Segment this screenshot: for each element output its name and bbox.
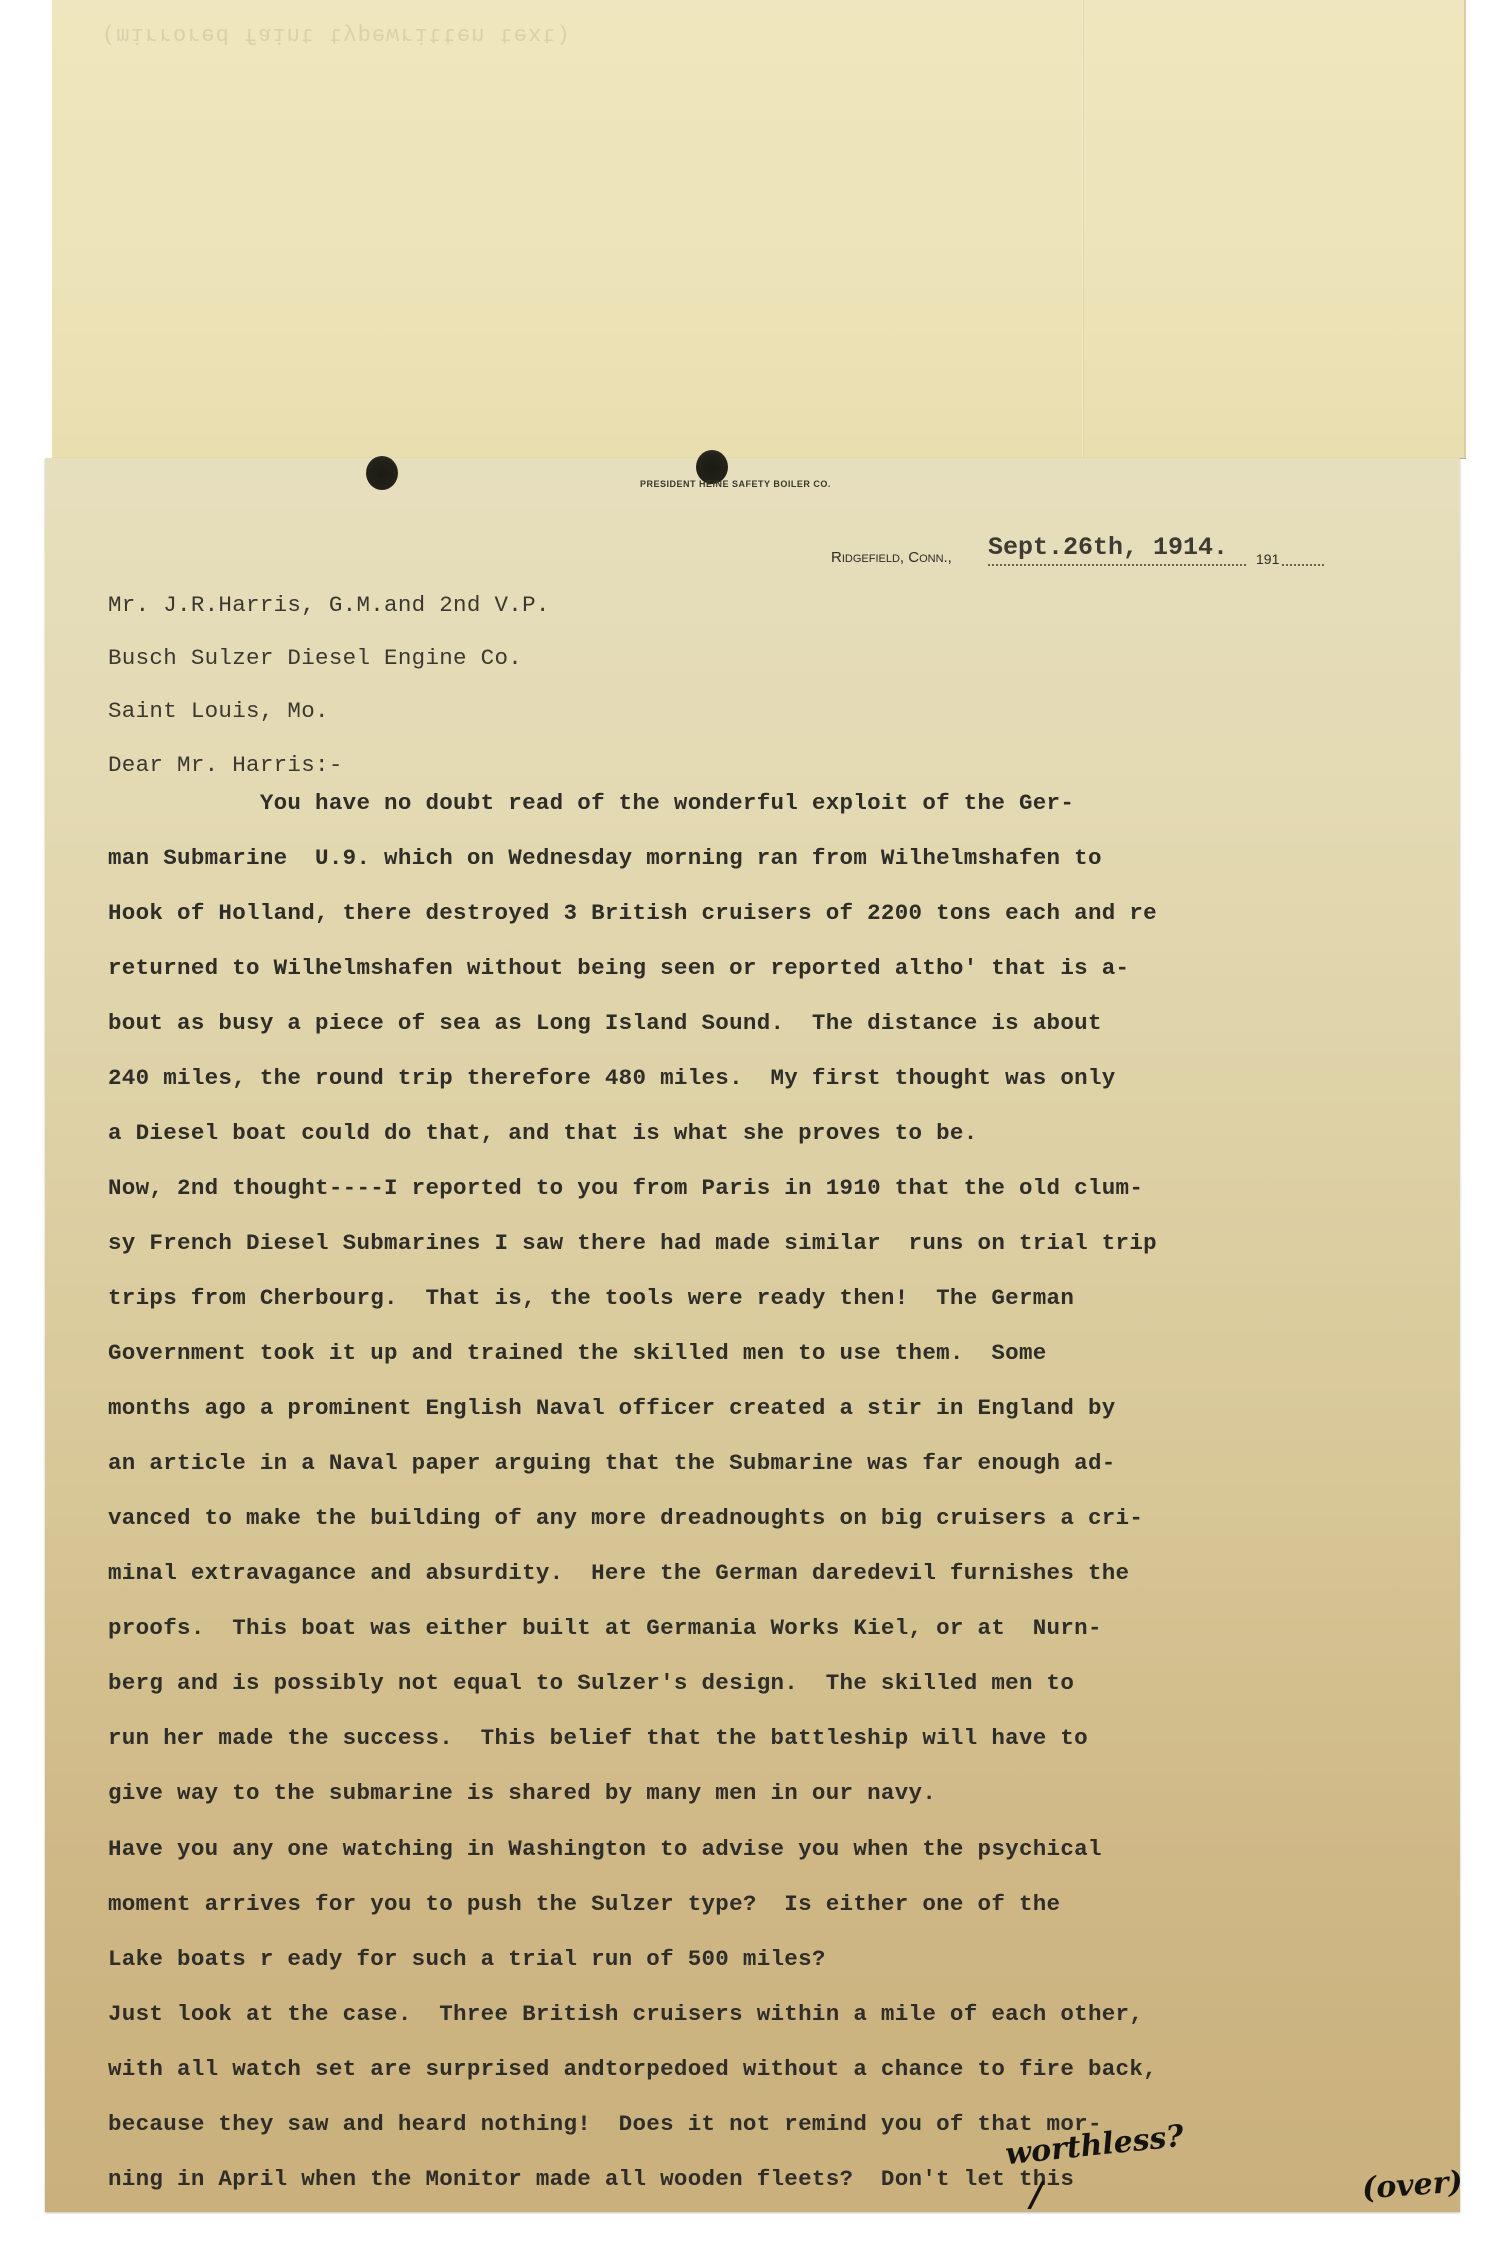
letter-date: Sept.26th, 1914. (988, 533, 1228, 562)
body-line: a Diesel boat could do that, and that is… (108, 1120, 978, 1146)
bleed-through-text: (mirrored faint typewritten text) (102, 22, 571, 47)
body-line: give way to the submarine is shared by m… (108, 1780, 936, 1806)
year-rule (1282, 564, 1324, 566)
body-line: sy French Diesel Submarines I saw there … (108, 1230, 1157, 1256)
body-line: 240 miles, the round trip therefore 480 … (108, 1065, 1116, 1091)
body-line: Have you any one watching in Washington … (108, 1836, 1102, 1862)
body-line: minal extravagance and absurdity. Here t… (108, 1560, 1129, 1586)
body-line: proofs. This boat was either built at Ge… (108, 1615, 1102, 1641)
body-line: You have no doubt read of the wonderful … (108, 790, 1074, 816)
handwritten-caret: / (1030, 2175, 1042, 2215)
body-line: trips from Cherbourg. That is, the tools… (108, 1285, 1074, 1311)
address-line-2: Busch Sulzer Diesel Engine Co. (108, 645, 522, 671)
body-line: berg and is possibly not equal to Sulzer… (108, 1670, 1074, 1696)
top-folded-sheet: (mirrored faint typewritten text) (52, 0, 1466, 459)
body-line: Now, 2nd thought----I reported to you fr… (108, 1175, 1143, 1201)
body-line: man Submarine U.9. which on Wednesday mo… (108, 845, 1102, 871)
paper-crease (1082, 0, 1084, 458)
body-line: an article in a Naval paper arguing that… (108, 1450, 1116, 1476)
body-line: vanced to make the building of any more … (108, 1505, 1143, 1531)
body-line: months ago a prominent English Naval off… (108, 1395, 1116, 1421)
body-line: bout as busy a piece of sea as Long Isla… (108, 1010, 1102, 1036)
letterhead-place: Ridgefield, Conn., (831, 549, 952, 566)
letterhead-company: PRESIDENT HEINE SAFETY BOILER CO. (640, 479, 831, 489)
body-line: returned to Wilhelmshafen without being … (108, 955, 1129, 981)
body-line: moment arrives for you to push the Sulze… (108, 1891, 1060, 1917)
place-text: Ridgefield, Conn., (831, 549, 952, 566)
body-line: run her made the success. This belief th… (108, 1725, 1088, 1751)
body-line: Government took it up and trained the sk… (108, 1340, 1047, 1366)
body-line: Lake boats r eady for such a trial run o… (108, 1946, 826, 1972)
body-line: with all watch set are surprised andtorp… (108, 2056, 1157, 2082)
punch-hole-left (366, 456, 398, 490)
address-line-3: Saint Louis, Mo. (108, 698, 329, 724)
year-prefix: 191 (1256, 551, 1279, 567)
date-rule (988, 564, 1246, 566)
body-line: Hook of Holland, there destroyed 3 Briti… (108, 900, 1157, 926)
body-line: ning in April when the Monitor made all … (108, 2166, 1074, 2192)
continued-mark: (over) (1361, 2165, 1464, 2207)
body-line: because they saw and heard nothing! Does… (108, 2111, 1102, 2137)
address-line-1: Mr. J.R.Harris, G.M.and 2nd V.P. (108, 592, 550, 618)
body-line: Just look at the case. Three British cru… (108, 2001, 1143, 2027)
salutation: Dear Mr. Harris:- (108, 752, 343, 778)
